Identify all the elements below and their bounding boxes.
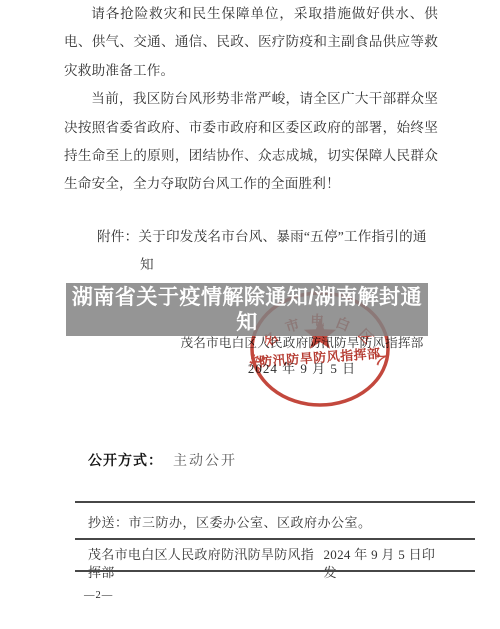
document-page: 请各抢险救灾和民生保障单位，采取措施做好供水、供电、供气、交通、通信、民政、医疗… — [0, 0, 500, 629]
attachment-line: 附件：关于印发茂名市台风、暴雨“五停”工作指引的通知 — [64, 223, 438, 280]
issue-date: 2024 年 9 月 5 日印发 — [323, 546, 440, 582]
document-body: 请各抢险救灾和民生保障单位，采取措施做好供水、供电、供气、交通、通信、民政、医疗… — [64, 0, 438, 280]
paragraph-2: 当前，我区防台风形势非常严峻，请全区广大干部群众坚决按照省委省政府、市委市政府和… — [64, 85, 438, 199]
cc-row: 抄送：市三防办，区委办公室、区政府办公室。 — [88, 514, 372, 532]
seal-inner-text: 防汛防旱防风指挥部 — [259, 346, 381, 369]
divider-top — [75, 501, 475, 503]
watermark-banner: 湖南省关于疫情解除通知/湖南解封通知 — [66, 283, 428, 336]
divider-bottom — [75, 570, 475, 572]
attachment-title: 关于印发茂名市台风、暴雨“五停”工作指引的通知 — [138, 229, 426, 272]
watermark-title: 湖南省关于疫情解除通知/湖南解封通知 — [66, 285, 428, 335]
divider-middle — [75, 538, 475, 540]
paragraph-1: 请各抢险救灾和民生保障单位，采取措施做好供水、供电、供气、交通、通信、民政、医疗… — [64, 0, 438, 85]
page-number: —2— — [84, 590, 113, 601]
issue-row: 茂名市电白区人民政府防汛防旱防风指挥部 2024 年 9 月 5 日印发 — [88, 546, 440, 582]
attachment-label: 附件： — [97, 229, 138, 244]
issuer-name: 茂名市电白区人民政府防汛防旱防风指挥部 — [88, 546, 323, 582]
publicity-label: 公开方式： — [88, 454, 163, 469]
publicity-value: 主动公开 — [173, 454, 237, 469]
publicity-row: 公开方式：主动公开 — [88, 452, 237, 472]
